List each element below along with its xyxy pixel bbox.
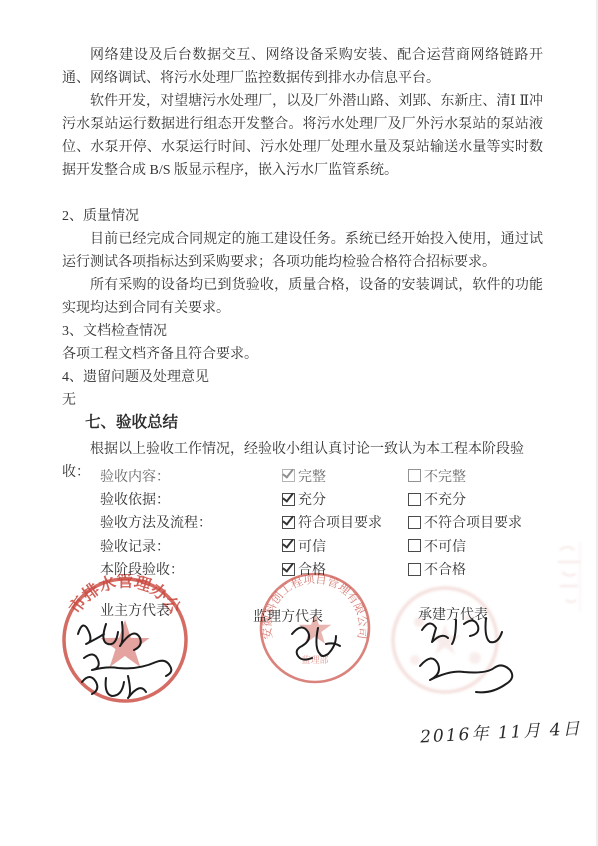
option-label: 不充分 — [424, 489, 466, 509]
checklist-row-records: 验收记录： 可信 不可信 — [62, 534, 562, 557]
checklist-label: 验收方法及流程： — [100, 512, 282, 532]
checklist-label: 验收依据： — [100, 489, 282, 509]
paragraph-software: 软件开发，对望塘污水处理厂，以及厂外潜山路、刘郢、东新庄、清Ⅰ Ⅱ冲污水泵站运行… — [62, 90, 543, 182]
checkbox-empty-icon[interactable] — [408, 469, 421, 482]
paragraph-quality-2: 所有采购的设备均已到货验收，质量合格，设备的安装调试，软件的功能实现均达到合同有… — [62, 274, 543, 320]
heading-docs: 3、文档检查情况 — [62, 320, 543, 343]
checkbox-checked-icon[interactable] — [282, 493, 295, 506]
paragraph-network: 网络建设及后台数据交互、网络设备采购安装、配合运营商网络链路开通、网络调试、将污… — [62, 44, 543, 90]
option-label: 符合项目要求 — [298, 512, 382, 532]
checkbox-checked-icon[interactable] — [282, 469, 295, 482]
option-label: 不符合项目要求 — [424, 512, 522, 532]
option-label: 不可信 — [424, 536, 466, 556]
checklist-label: 验收记录： — [100, 536, 282, 556]
checklist-row-method: 验收方法及流程： 符合项目要求 不符合项目要求 — [62, 511, 562, 534]
handwritten-date: 2016年 11月 4日 — [419, 714, 590, 748]
option-label: 不完整 — [424, 466, 466, 486]
edge-stamp-fragment — [546, 512, 596, 638]
contractor-signature — [412, 608, 530, 706]
paragraph-issues-none: 无 — [62, 389, 543, 412]
heading-acceptance-summary: 七、验收总结 — [85, 410, 178, 432]
checkbox-checked-icon[interactable] — [282, 516, 295, 529]
scanned-document-page: 网络建设及后台数据交互、网络设备采购安装、配合运营商网络链路开通、网络调试、将污… — [0, 0, 598, 846]
intro-paragraphs: 网络建设及后台数据交互、网络设备采购安装、配合运营商网络链路开通、网络调试、将污… — [62, 44, 543, 182]
option-label: 完整 — [298, 466, 326, 486]
option-label: 不合格 — [424, 559, 466, 579]
paragraph-docs: 各项工程文档齐备且符合要求。 — [62, 343, 543, 366]
checklist-label: 验收内容： — [100, 466, 282, 486]
section-block: 2、质量情况 目前已经完成合同规定的施工建设任务。系统已经开始投入使用，通过试运… — [62, 205, 543, 412]
checklist-row-basis: 验收依据： 充分 不充分 — [62, 487, 562, 510]
acceptance-checklist: 验收内容： 完整 不完整 验收依据： 充分 不充分 验收方法及流程： 符合项目要… — [62, 464, 562, 581]
checkbox-empty-icon[interactable] — [408, 516, 421, 529]
option-label: 可信 — [298, 536, 326, 556]
heading-quality: 2、质量情况 — [62, 205, 543, 228]
owner-signature — [72, 610, 197, 710]
supervisor-signature — [282, 616, 348, 668]
checklist-row-content: 验收内容： 完整 不完整 — [62, 464, 562, 487]
paragraph-quality-1: 目前已经完成合同规定的施工建设任务。系统已经开始投入使用，通过试运行测试各项指标… — [62, 228, 543, 274]
checkbox-empty-icon[interactable] — [408, 539, 421, 552]
checkbox-empty-icon[interactable] — [408, 493, 421, 506]
checkbox-empty-icon[interactable] — [408, 563, 421, 576]
heading-issues: 4、遗留问题及处理意见 — [62, 366, 543, 389]
option-label: 充分 — [298, 489, 326, 509]
checkbox-checked-icon[interactable] — [282, 539, 295, 552]
